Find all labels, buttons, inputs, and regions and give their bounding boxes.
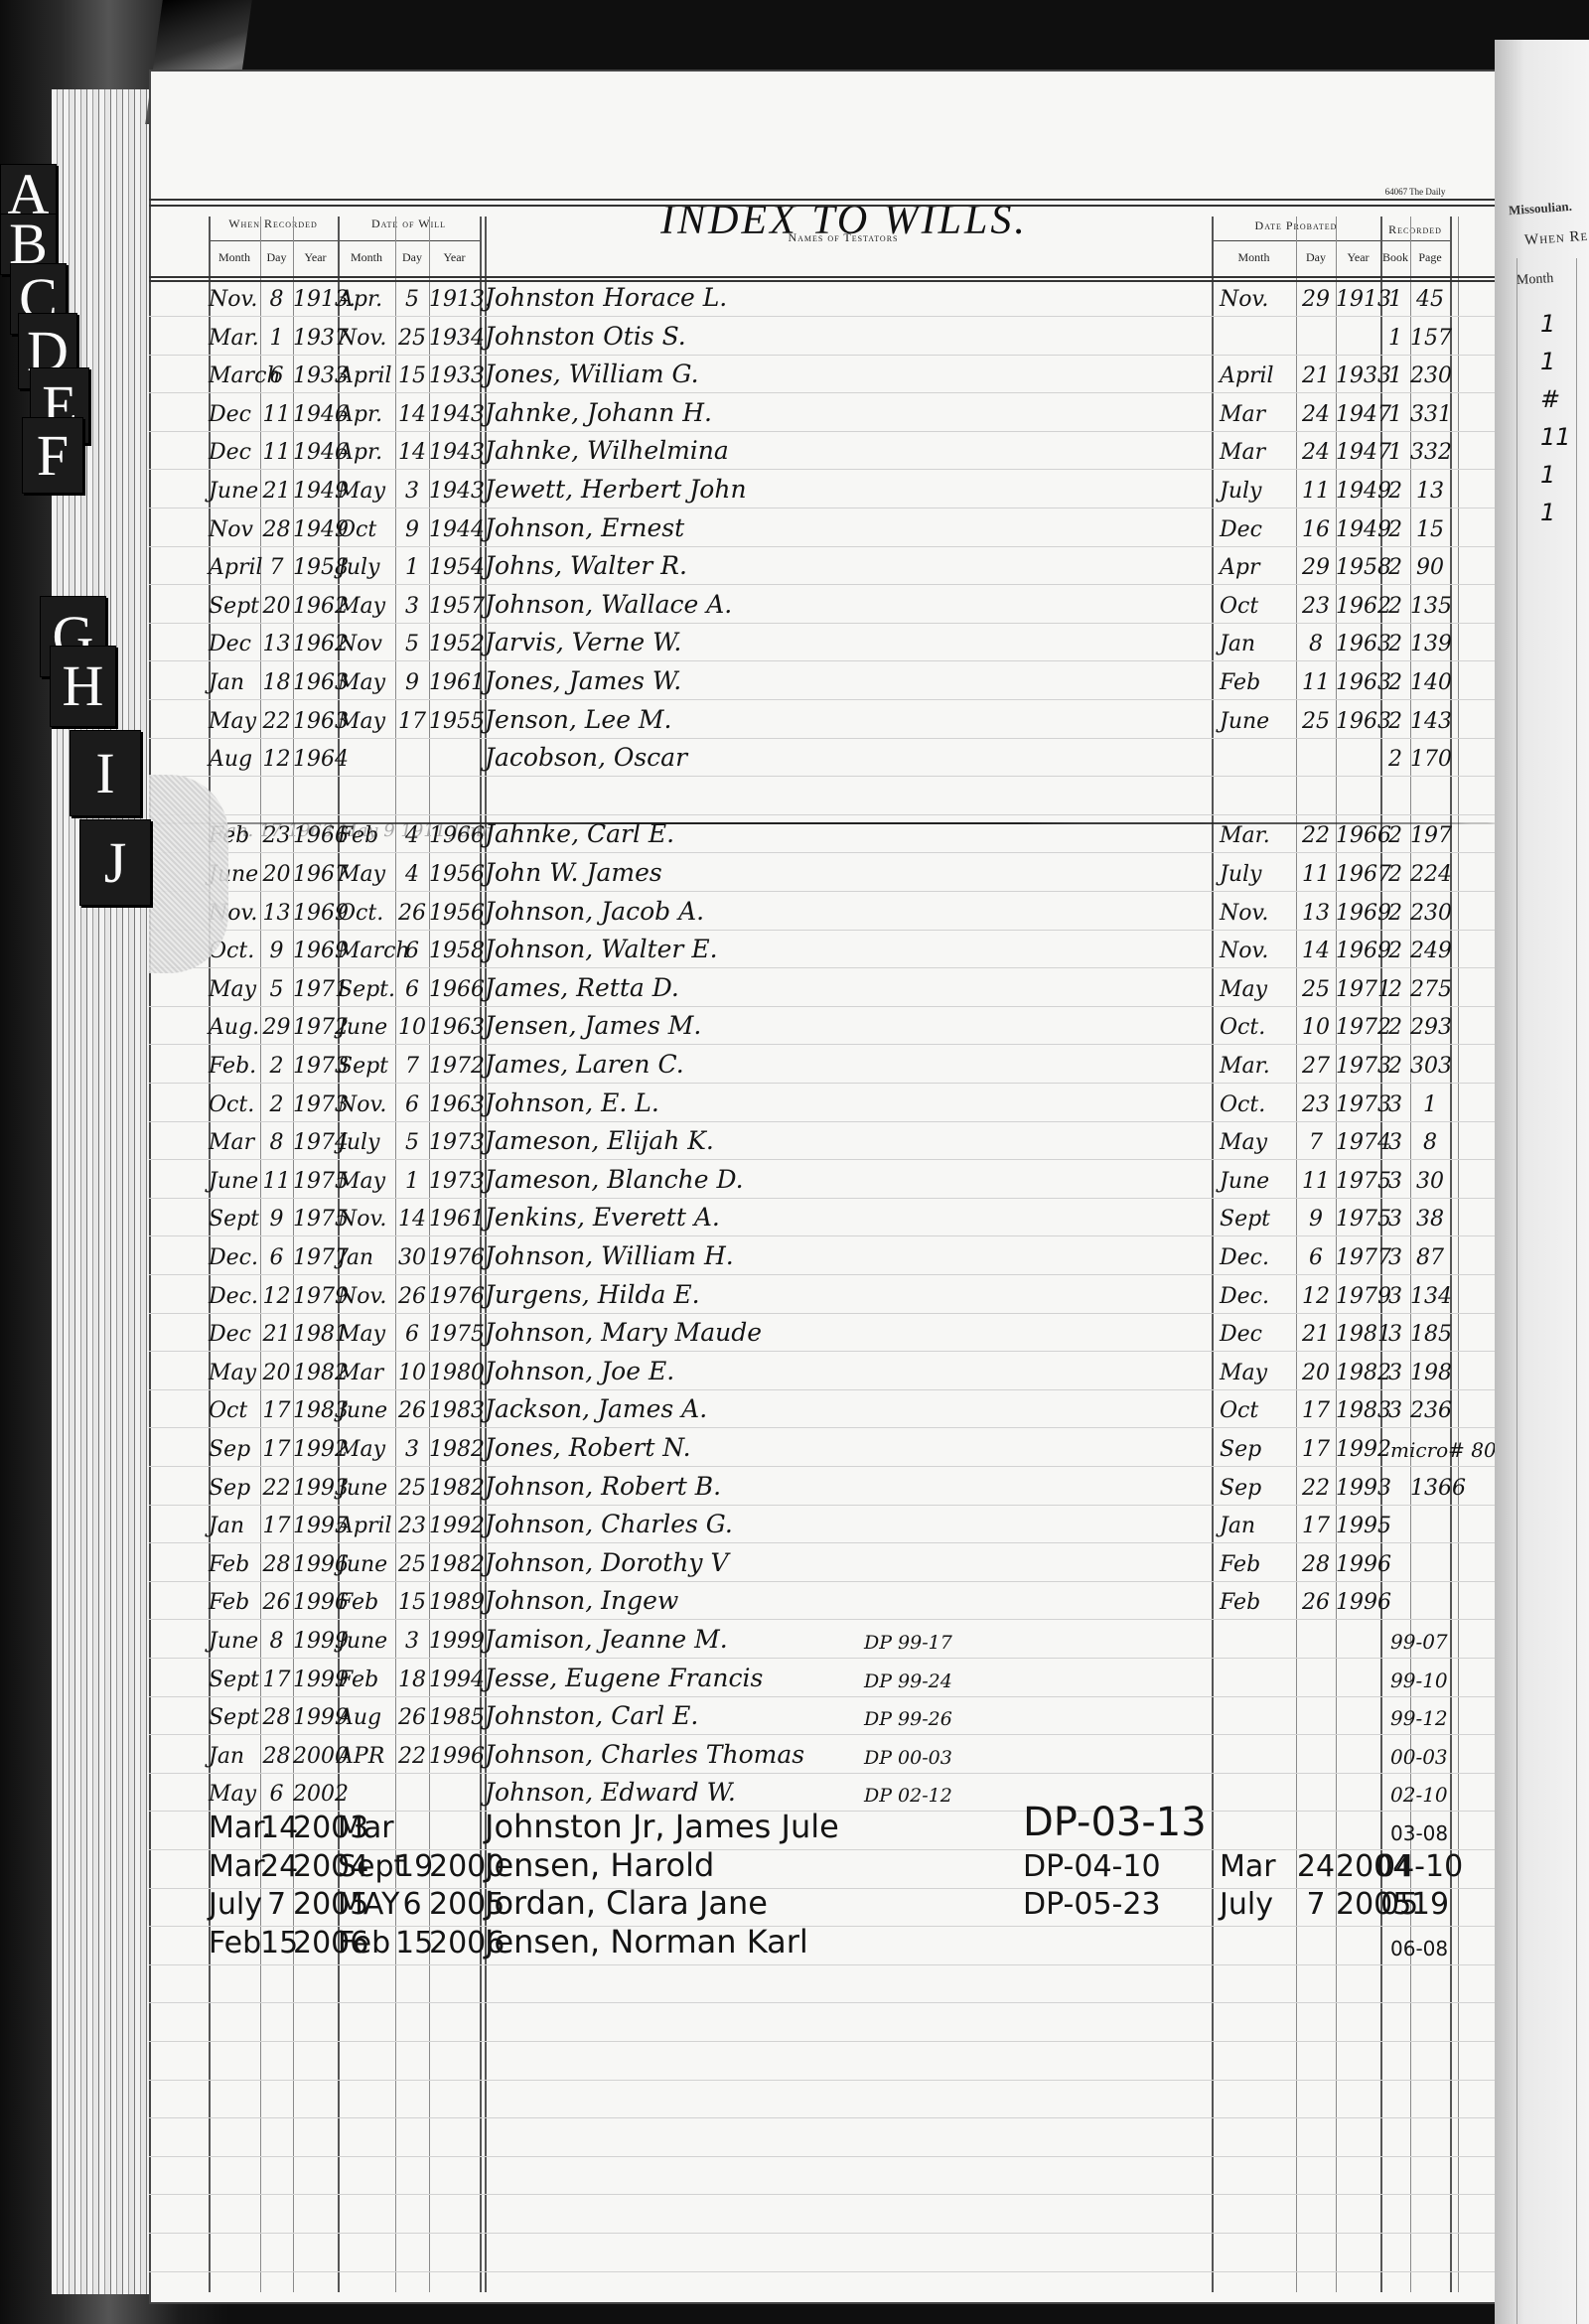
cell-rec-year: 1946 xyxy=(293,402,338,427)
cell-rec-year: 2006 xyxy=(293,1926,338,1961)
cell-prob-day: 21 xyxy=(1296,1322,1336,1347)
cell-will-month: Oct xyxy=(338,517,376,542)
cell-rec-year: 1975 xyxy=(293,1207,338,1232)
cell-name: Jameson, Blanche D. xyxy=(485,1165,744,1194)
tab-h[interactable]: H xyxy=(50,646,116,727)
cell-book: 2 xyxy=(1380,901,1410,926)
cell-will-month: May xyxy=(338,1169,385,1194)
cell-name: Johnson, Charles Thomas xyxy=(485,1740,804,1769)
cell-book: 2 xyxy=(1380,1015,1410,1040)
cell-rec-day: 22 xyxy=(260,709,293,734)
cell-prob-year: 1982 xyxy=(1336,1361,1380,1385)
cell-prob-day: 24 xyxy=(1296,440,1336,465)
cell-rec-day: 21 xyxy=(260,479,293,504)
cell-will-year: 1956 xyxy=(429,901,480,926)
cell-name: Johnson, Walter E. xyxy=(485,935,718,963)
cell-book: 1 xyxy=(1380,402,1410,427)
cell-will-year: 1980 xyxy=(429,1361,480,1385)
cell-prob-month: Dec xyxy=(1220,517,1262,542)
cell-prob-year: 1969 xyxy=(1336,939,1380,963)
cell-rec-day: 12 xyxy=(260,1284,293,1309)
cell-will-month: Nov. xyxy=(338,1284,386,1309)
cell-prob-month: June xyxy=(1220,1169,1269,1194)
cell-rec-month: Nov. xyxy=(209,287,257,312)
cell-page: 87 xyxy=(1410,1245,1450,1270)
cell-prob-day: 11 xyxy=(1296,1169,1336,1194)
cell-rec-month: Dec xyxy=(209,1322,251,1347)
cell-prob-year: 1996 xyxy=(1336,1590,1380,1615)
table-row: Feb231966Feb41966Jahnke, Carl E.Mar.2219… xyxy=(149,816,1500,854)
cell-will-month: Apr. xyxy=(338,402,382,427)
tab-f[interactable]: F xyxy=(22,417,83,494)
cell-will-year: 1989 xyxy=(429,1590,480,1615)
cell-prob-day: 12 xyxy=(1296,1284,1336,1309)
cell-rec-year: 2003 xyxy=(293,1811,338,1845)
facing-page: Missoulian. When Re Month 11#1111 xyxy=(1495,40,1589,2324)
cell-rec-day: 1 xyxy=(260,326,293,351)
cell-page: 139 xyxy=(1410,632,1450,656)
cell-page: 90 xyxy=(1410,555,1450,580)
facing-header: When Re xyxy=(1523,228,1588,249)
cell-rec-year: 1972 xyxy=(293,1015,338,1040)
cell-rec-day: 2 xyxy=(260,1092,293,1117)
table-row: Feb.21973Sept71972James, Laren C.Mar.271… xyxy=(149,1047,1500,1085)
cell-page: 19 xyxy=(1410,1887,1450,1922)
cell-name: Johnson, Ingew xyxy=(485,1586,678,1615)
cell-will-year: 1999 xyxy=(429,1629,480,1654)
cell-rec-month: Mar. xyxy=(209,326,259,351)
cell-rec-month: July xyxy=(209,1887,262,1922)
cell-prob-month: Oct xyxy=(1220,594,1258,619)
cell-prob-day: 16 xyxy=(1296,517,1336,542)
header-rule xyxy=(149,205,1500,207)
facing-mark: 11 xyxy=(1540,423,1571,451)
cell-page: 332 xyxy=(1410,440,1450,465)
cell-page: micro# 807 xyxy=(1390,1438,1509,1462)
cell-rec-month: May xyxy=(209,977,256,1002)
cell-prob-year: 1971 xyxy=(1336,977,1380,1002)
table-row: Aug121964Jacobson, Oscar2170 xyxy=(149,740,1500,778)
cell-prob-year: 1963 xyxy=(1336,670,1380,695)
cell-will-month: Oct. xyxy=(338,901,383,926)
cell-will-year: 1913. xyxy=(429,287,480,312)
cell-rec-month: Feb. xyxy=(209,1054,256,1079)
cell-rec-year: 1946 xyxy=(293,440,338,465)
scan-artifact xyxy=(149,775,228,973)
cell-prob-month: June xyxy=(1220,709,1269,734)
cell-book: 2 xyxy=(1380,670,1410,695)
docket-number: DP 99-26 xyxy=(864,1708,952,1730)
ruled-line xyxy=(149,2271,1500,2272)
cell-rec-day: 5 xyxy=(260,977,293,1002)
cell-prob-month: Sep xyxy=(1220,1437,1261,1462)
docket-number: DP 99-17 xyxy=(864,1632,952,1654)
table-row: June81999June31999Jamison, Jeanne M.99-0… xyxy=(149,1622,1500,1660)
table-row: Nov.81913.Apr.51913.Johnston Horace L.No… xyxy=(149,280,1500,318)
cell-rec-day: 9 xyxy=(260,939,293,963)
cell-name: Jensen, Harold xyxy=(485,1846,714,1884)
cell-book: 2 xyxy=(1380,517,1410,542)
cell-name: Jacobson, Oscar xyxy=(485,743,687,772)
cell-book: 1 xyxy=(1380,440,1410,465)
cell-prob-day: 22 xyxy=(1296,823,1336,848)
cell-prob-month: Oct. xyxy=(1220,1015,1265,1040)
table-row: Mar.142003MarJohnston Jr, James Jule03-0… xyxy=(149,1814,1500,1851)
cell-prob-year: 1996 xyxy=(1336,1552,1380,1577)
table-row: Jan181963May91961Jones, James W.Feb11196… xyxy=(149,663,1500,701)
cell-rec-month: Oct. xyxy=(209,1092,254,1117)
cell-rec-day: 23 xyxy=(260,823,293,848)
cell-prob-day: 29 xyxy=(1296,555,1336,580)
cell-rec-month: Jan xyxy=(209,1514,244,1538)
table-row: Dec.121979Nov.261976Jurgens, Hilda E.Dec… xyxy=(149,1277,1500,1315)
docket-number: DP-03-13 xyxy=(1023,1800,1207,1845)
cell-book: 3 xyxy=(1380,1092,1410,1117)
facing-col-line xyxy=(1517,258,1517,2324)
cell-prob-year: 1992 xyxy=(1336,1437,1380,1462)
cell-prob-day: 24 xyxy=(1296,1849,1336,1884)
header-date-of-will: Date of Will xyxy=(338,217,480,231)
cell-will-year: 1963 xyxy=(429,1015,480,1040)
table-row: Mar.11937Nov.251934Johnston Otis S.1157 xyxy=(149,319,1500,357)
cell-will-day: 1 xyxy=(395,555,429,580)
subheader-day: Day xyxy=(395,250,429,265)
subheader-rule xyxy=(209,240,480,241)
cell-rec-year: 1963 xyxy=(293,670,338,695)
cell-prob-month: Jan xyxy=(1220,1514,1255,1538)
cell-will-year: 1982 xyxy=(429,1476,480,1501)
cell-will-year: 1963 xyxy=(429,1092,480,1117)
table-row: Dec131962Nov51952Jarvis, Verne W.Jan8196… xyxy=(149,625,1500,662)
facing-mark: # xyxy=(1540,385,1560,413)
cell-book: 3 xyxy=(1380,1169,1410,1194)
subheader-month: Month xyxy=(209,250,260,265)
cell-will-day: 17 xyxy=(395,709,429,734)
cell-will-year: 1952 xyxy=(429,632,480,656)
cell-page: 303 xyxy=(1410,1054,1450,1079)
cell-rec-year: 1982 xyxy=(293,1361,338,1385)
subheader-day: Day xyxy=(1296,250,1336,265)
cell-book: 2 xyxy=(1380,862,1410,887)
cell-rec-year: 1974 xyxy=(293,1130,338,1155)
cell-will-month: May xyxy=(338,862,385,887)
cell-prob-month: Oct. xyxy=(1220,1092,1265,1117)
cell-will-month: April xyxy=(338,363,392,388)
table-row: Sept201962May31957Johnson, Wallace A.Oct… xyxy=(149,587,1500,625)
cell-prob-month: Nov. xyxy=(1220,901,1268,926)
cell-will-day: 14 xyxy=(395,402,429,427)
cell-rec-day: 28 xyxy=(260,517,293,542)
cell-will-month: APR xyxy=(338,1744,384,1769)
cell-will-day: 6 xyxy=(395,977,429,1002)
cell-prob-day: 11 xyxy=(1296,862,1336,887)
cell-prob-year: 1963 xyxy=(1336,632,1380,656)
cell-prob-day: 14 xyxy=(1296,939,1336,963)
cell-page: 293 xyxy=(1410,1015,1450,1040)
facing-mark: 1 xyxy=(1540,310,1555,338)
cell-will-year: 1943 xyxy=(429,402,480,427)
cell-name: Jordan, Clara Jane xyxy=(485,1884,768,1922)
tab-j[interactable]: J xyxy=(79,819,151,906)
cell-will-day: 4 xyxy=(395,862,429,887)
cell-rec-month: Sept xyxy=(209,1668,259,1692)
cell-name: Jarvis, Verne W. xyxy=(485,628,681,656)
table-row: Nov.131969Oct.261956Johnson, Jacob A.Nov… xyxy=(149,894,1500,932)
cell-page: 249 xyxy=(1410,939,1450,963)
cell-will-day: 14 xyxy=(395,1207,429,1232)
cell-will-year: 1954 xyxy=(429,555,480,580)
cell-page: 13 xyxy=(1410,479,1450,504)
cell-prob-year: 2004 xyxy=(1336,1849,1380,1884)
cell-will-year: 1976 xyxy=(429,1284,480,1309)
cell-will-year: 1943 xyxy=(429,440,480,465)
subheader-year: Year xyxy=(429,250,480,265)
cell-will-month: July xyxy=(338,1130,379,1155)
cell-will-year: 1996 xyxy=(429,1744,480,1769)
cell-will-day: 10 xyxy=(395,1361,429,1385)
cell-will-day: 3 xyxy=(395,594,429,619)
cell-book: 1 xyxy=(1380,326,1410,351)
cell-will-month: May xyxy=(338,479,385,504)
cell-will-month: Nov xyxy=(338,632,382,656)
cell-prob-year: 1966 xyxy=(1336,823,1380,848)
cell-page: 230 xyxy=(1410,901,1450,926)
cell-rec-day: 14 xyxy=(260,1811,293,1845)
cell-name: James, Retta D. xyxy=(485,973,679,1002)
table-row: July72005MAY62005Jordan, Clara JaneJuly7… xyxy=(149,1890,1500,1928)
cell-will-day: 15 xyxy=(395,363,429,388)
cell-will-month: Nov. xyxy=(338,1207,386,1232)
cell-page: 236 xyxy=(1410,1398,1450,1423)
cell-prob-month: Apr xyxy=(1220,555,1260,580)
cell-prob-year: 1983 xyxy=(1336,1398,1380,1423)
cell-rec-day: 22 xyxy=(260,1476,293,1501)
cell-prob-day: 29 xyxy=(1296,287,1336,312)
cell-rec-day: 6 xyxy=(260,1245,293,1270)
table-row: June201967May41956John W. JamesJuly11196… xyxy=(149,855,1500,893)
cell-rec-month: June xyxy=(209,1629,258,1654)
cell-will-year: 1973 xyxy=(429,1130,480,1155)
cell-prob-month: Nov. xyxy=(1220,287,1268,312)
cell-page: 06-08 xyxy=(1390,1937,1448,1961)
cell-will-day: 26 xyxy=(395,1284,429,1309)
header-rule xyxy=(149,276,1500,278)
cell-will-day: 18 xyxy=(395,1668,429,1692)
cell-will-day: 26 xyxy=(395,1705,429,1730)
cell-page: 198 xyxy=(1410,1361,1450,1385)
cell-rec-year: 2004 xyxy=(293,1849,338,1884)
cell-rec-month: Dec xyxy=(209,402,251,427)
cell-book: 1 xyxy=(1380,363,1410,388)
cell-will-year: 2005 xyxy=(429,1887,480,1922)
cell-prob-month: Mar. xyxy=(1220,823,1270,848)
tab-i[interactable]: I xyxy=(70,730,141,816)
ruled-line xyxy=(149,2156,1500,2157)
cell-will-day: 3 xyxy=(395,1629,429,1654)
cell-rec-year: 1949 xyxy=(293,517,338,542)
cell-will-month: Apr. xyxy=(338,440,382,465)
cell-will-month: July xyxy=(338,555,379,580)
cell-will-day: 5 xyxy=(395,287,429,312)
table-row: Feb261996Feb151989Johnson, IngewFeb26199… xyxy=(149,1583,1500,1621)
cell-will-month: May xyxy=(338,594,385,619)
cell-prob-month: Jan xyxy=(1220,632,1255,656)
cell-rec-year: 1975 xyxy=(293,1169,338,1194)
cell-rec-year: 1962 xyxy=(293,632,338,656)
cell-will-day: 25 xyxy=(395,1476,429,1501)
cell-prob-year: 1969 xyxy=(1336,901,1380,926)
cell-rec-year: 1973 xyxy=(293,1054,338,1079)
cell-name: Johnson, Charles G. xyxy=(485,1510,733,1538)
cell-page: 03-08 xyxy=(1390,1821,1448,1845)
cell-prob-day: 25 xyxy=(1296,709,1336,734)
table-row: Oct.91969March61958Johnson, Walter E.Nov… xyxy=(149,932,1500,969)
cell-page: 00-03 xyxy=(1390,1745,1448,1769)
ruled-line xyxy=(149,2002,1500,2003)
cell-rec-day: 20 xyxy=(260,594,293,619)
cell-page: 1366 xyxy=(1410,1476,1450,1501)
facing-mark: 1 xyxy=(1540,461,1555,489)
cell-rec-month: June xyxy=(209,1169,258,1194)
cell-will-day: 23 xyxy=(395,1514,429,1538)
cell-prob-day: 7 xyxy=(1296,1887,1336,1922)
cell-rec-day: 24 xyxy=(260,1849,293,1884)
cell-page: 02-10 xyxy=(1390,1783,1448,1807)
cell-page: 30 xyxy=(1410,1169,1450,1194)
cell-will-month: June xyxy=(338,1629,387,1654)
cell-will-day: 15 xyxy=(395,1590,429,1615)
cell-will-year: 1994 xyxy=(429,1668,480,1692)
cell-name: Johnson, Dorothy V xyxy=(485,1548,729,1577)
cell-will-day: 9 xyxy=(395,670,429,695)
cell-prob-day: 17 xyxy=(1296,1514,1336,1538)
table-row: Sep221993June251982Johnson, Robert B.Sep… xyxy=(149,1469,1500,1507)
table-row: Sept171999Feb181994Jesse, Eugene Francis… xyxy=(149,1661,1500,1698)
cell-rec-month: Feb xyxy=(209,1552,249,1577)
table-row: May51971Sept.61966James, Retta D.May2519… xyxy=(149,970,1500,1008)
cell-rec-year: 1967 xyxy=(293,862,338,887)
cell-book: 04-10 xyxy=(1376,1849,1463,1884)
cell-rec-month: Jan xyxy=(209,1744,244,1769)
cell-will-month: June xyxy=(338,1015,387,1040)
cell-prob-month: Dec. xyxy=(1220,1284,1269,1309)
cell-will-month: June xyxy=(338,1476,387,1501)
cell-rec-day: 12 xyxy=(260,747,293,772)
cell-will-month: Feb xyxy=(338,1590,378,1615)
cell-will-month: Feb xyxy=(338,1926,390,1961)
cell-will-year: 1966 xyxy=(429,823,480,848)
cell-prob-day: 11 xyxy=(1296,670,1336,695)
table-row: Dec211981May61975Johnson, Mary MaudeDec2… xyxy=(149,1315,1500,1353)
cell-name: Johnson, Mary Maude xyxy=(485,1318,762,1347)
table-row: Feb152006Feb152006Jensen, Norman Karl06-… xyxy=(149,1929,1500,1966)
cell-rec-month: Aug xyxy=(209,747,252,772)
cell-will-year: 1944 xyxy=(429,517,480,542)
table-row: May221963May171955Jenson, Lee M.June2519… xyxy=(149,702,1500,740)
cell-will-year: 1975 xyxy=(429,1322,480,1347)
table-row: Sept91975Nov.141961Jenkins, Everett A.Se… xyxy=(149,1200,1500,1237)
cell-prob-year: 1979 xyxy=(1336,1284,1380,1309)
cell-rec-year: 1973 xyxy=(293,1092,338,1117)
cell-page: 38 xyxy=(1410,1207,1450,1232)
cell-rec-day: 28 xyxy=(260,1705,293,1730)
table-row: Aug.291972June101963Jensen, James M.Oct.… xyxy=(149,1008,1500,1046)
cell-rec-day: 28 xyxy=(260,1744,293,1769)
cell-book: 2 xyxy=(1380,939,1410,963)
cell-prob-month: Mar xyxy=(1220,440,1265,465)
cell-rec-month: Mar xyxy=(209,1130,254,1155)
cell-prob-year: 1947 xyxy=(1336,402,1380,427)
subheader-book: Book xyxy=(1380,250,1410,265)
cell-rec-month: Sep xyxy=(209,1437,250,1462)
cell-rec-year: 1962 xyxy=(293,594,338,619)
cell-name: Jones, Robert N. xyxy=(485,1433,691,1462)
cell-rec-month: April xyxy=(209,555,263,580)
cell-name: Jones, James W. xyxy=(485,666,681,695)
table-row: Jan171995April231992Johnson, Charles G.J… xyxy=(149,1507,1500,1544)
cell-will-year: 1992 xyxy=(429,1514,480,1538)
cell-name: Johnston Horace L. xyxy=(485,283,727,312)
cell-prob-day: 26 xyxy=(1296,1590,1336,1615)
table-row: Sep171992May31982Jones, Robert N.Sep1719… xyxy=(149,1430,1500,1468)
cell-name: Johnson, Jacob A. xyxy=(485,897,704,926)
cell-will-year: 1983 xyxy=(429,1398,480,1423)
cell-will-day: 19 xyxy=(395,1849,429,1884)
cell-will-day: 30 xyxy=(395,1245,429,1270)
cell-rec-year: 2000 xyxy=(293,1744,338,1769)
cell-will-year: 1966 xyxy=(429,977,480,1002)
cell-page: 331 xyxy=(1410,402,1450,427)
cell-rec-year: 1993 xyxy=(293,1476,338,1501)
cell-rec-year: 1971 xyxy=(293,977,338,1002)
cell-will-month: June xyxy=(338,1398,387,1423)
cell-page: 170 xyxy=(1410,747,1450,772)
cell-will-month: MAY xyxy=(338,1887,399,1922)
cell-page: 99-07 xyxy=(1390,1630,1448,1654)
table-row: Oct.21973Nov.61963Johnson, E. L.Oct.2319… xyxy=(149,1086,1500,1123)
cell-rec-month: Feb xyxy=(209,1926,261,1961)
cell-will-year: 1934 xyxy=(429,326,480,351)
cell-page: 143 xyxy=(1410,709,1450,734)
cell-rec-month: Sept xyxy=(209,1705,259,1730)
cell-rec-day: 8 xyxy=(260,1130,293,1155)
cell-prob-month: May xyxy=(1220,1361,1267,1385)
cell-book: 1 xyxy=(1380,287,1410,312)
cell-will-day: 6 xyxy=(395,1322,429,1347)
cell-book: 3 xyxy=(1380,1130,1410,1155)
subheader-rule xyxy=(1212,240,1450,241)
cell-rec-year: 1992 xyxy=(293,1437,338,1462)
cell-rec-day: 11 xyxy=(260,1169,293,1194)
cell-will-year: 1982 xyxy=(429,1552,480,1577)
cell-rec-year: 1966 xyxy=(293,823,338,848)
cell-rec-day: 21 xyxy=(260,1322,293,1347)
cell-rec-day: 11 xyxy=(260,440,293,465)
cell-name: Johnson, Robert B. xyxy=(485,1472,721,1501)
cell-prob-day: 8 xyxy=(1296,632,1336,656)
cell-will-day: 6 xyxy=(395,939,429,963)
cell-rec-day: 17 xyxy=(260,1514,293,1538)
cell-name: Johnston Otis S. xyxy=(485,322,686,351)
imprint-text: Missoulian. xyxy=(1509,199,1573,218)
cell-prob-month: April xyxy=(1220,363,1274,388)
cell-will-day: 3 xyxy=(395,479,429,504)
cell-will-month: June xyxy=(338,1552,387,1577)
cell-prob-year: 1962 xyxy=(1336,594,1380,619)
cell-prob-day: 21 xyxy=(1296,363,1336,388)
cell-rec-month: Dec xyxy=(209,632,251,656)
cell-will-year: 2006 xyxy=(429,1926,480,1961)
